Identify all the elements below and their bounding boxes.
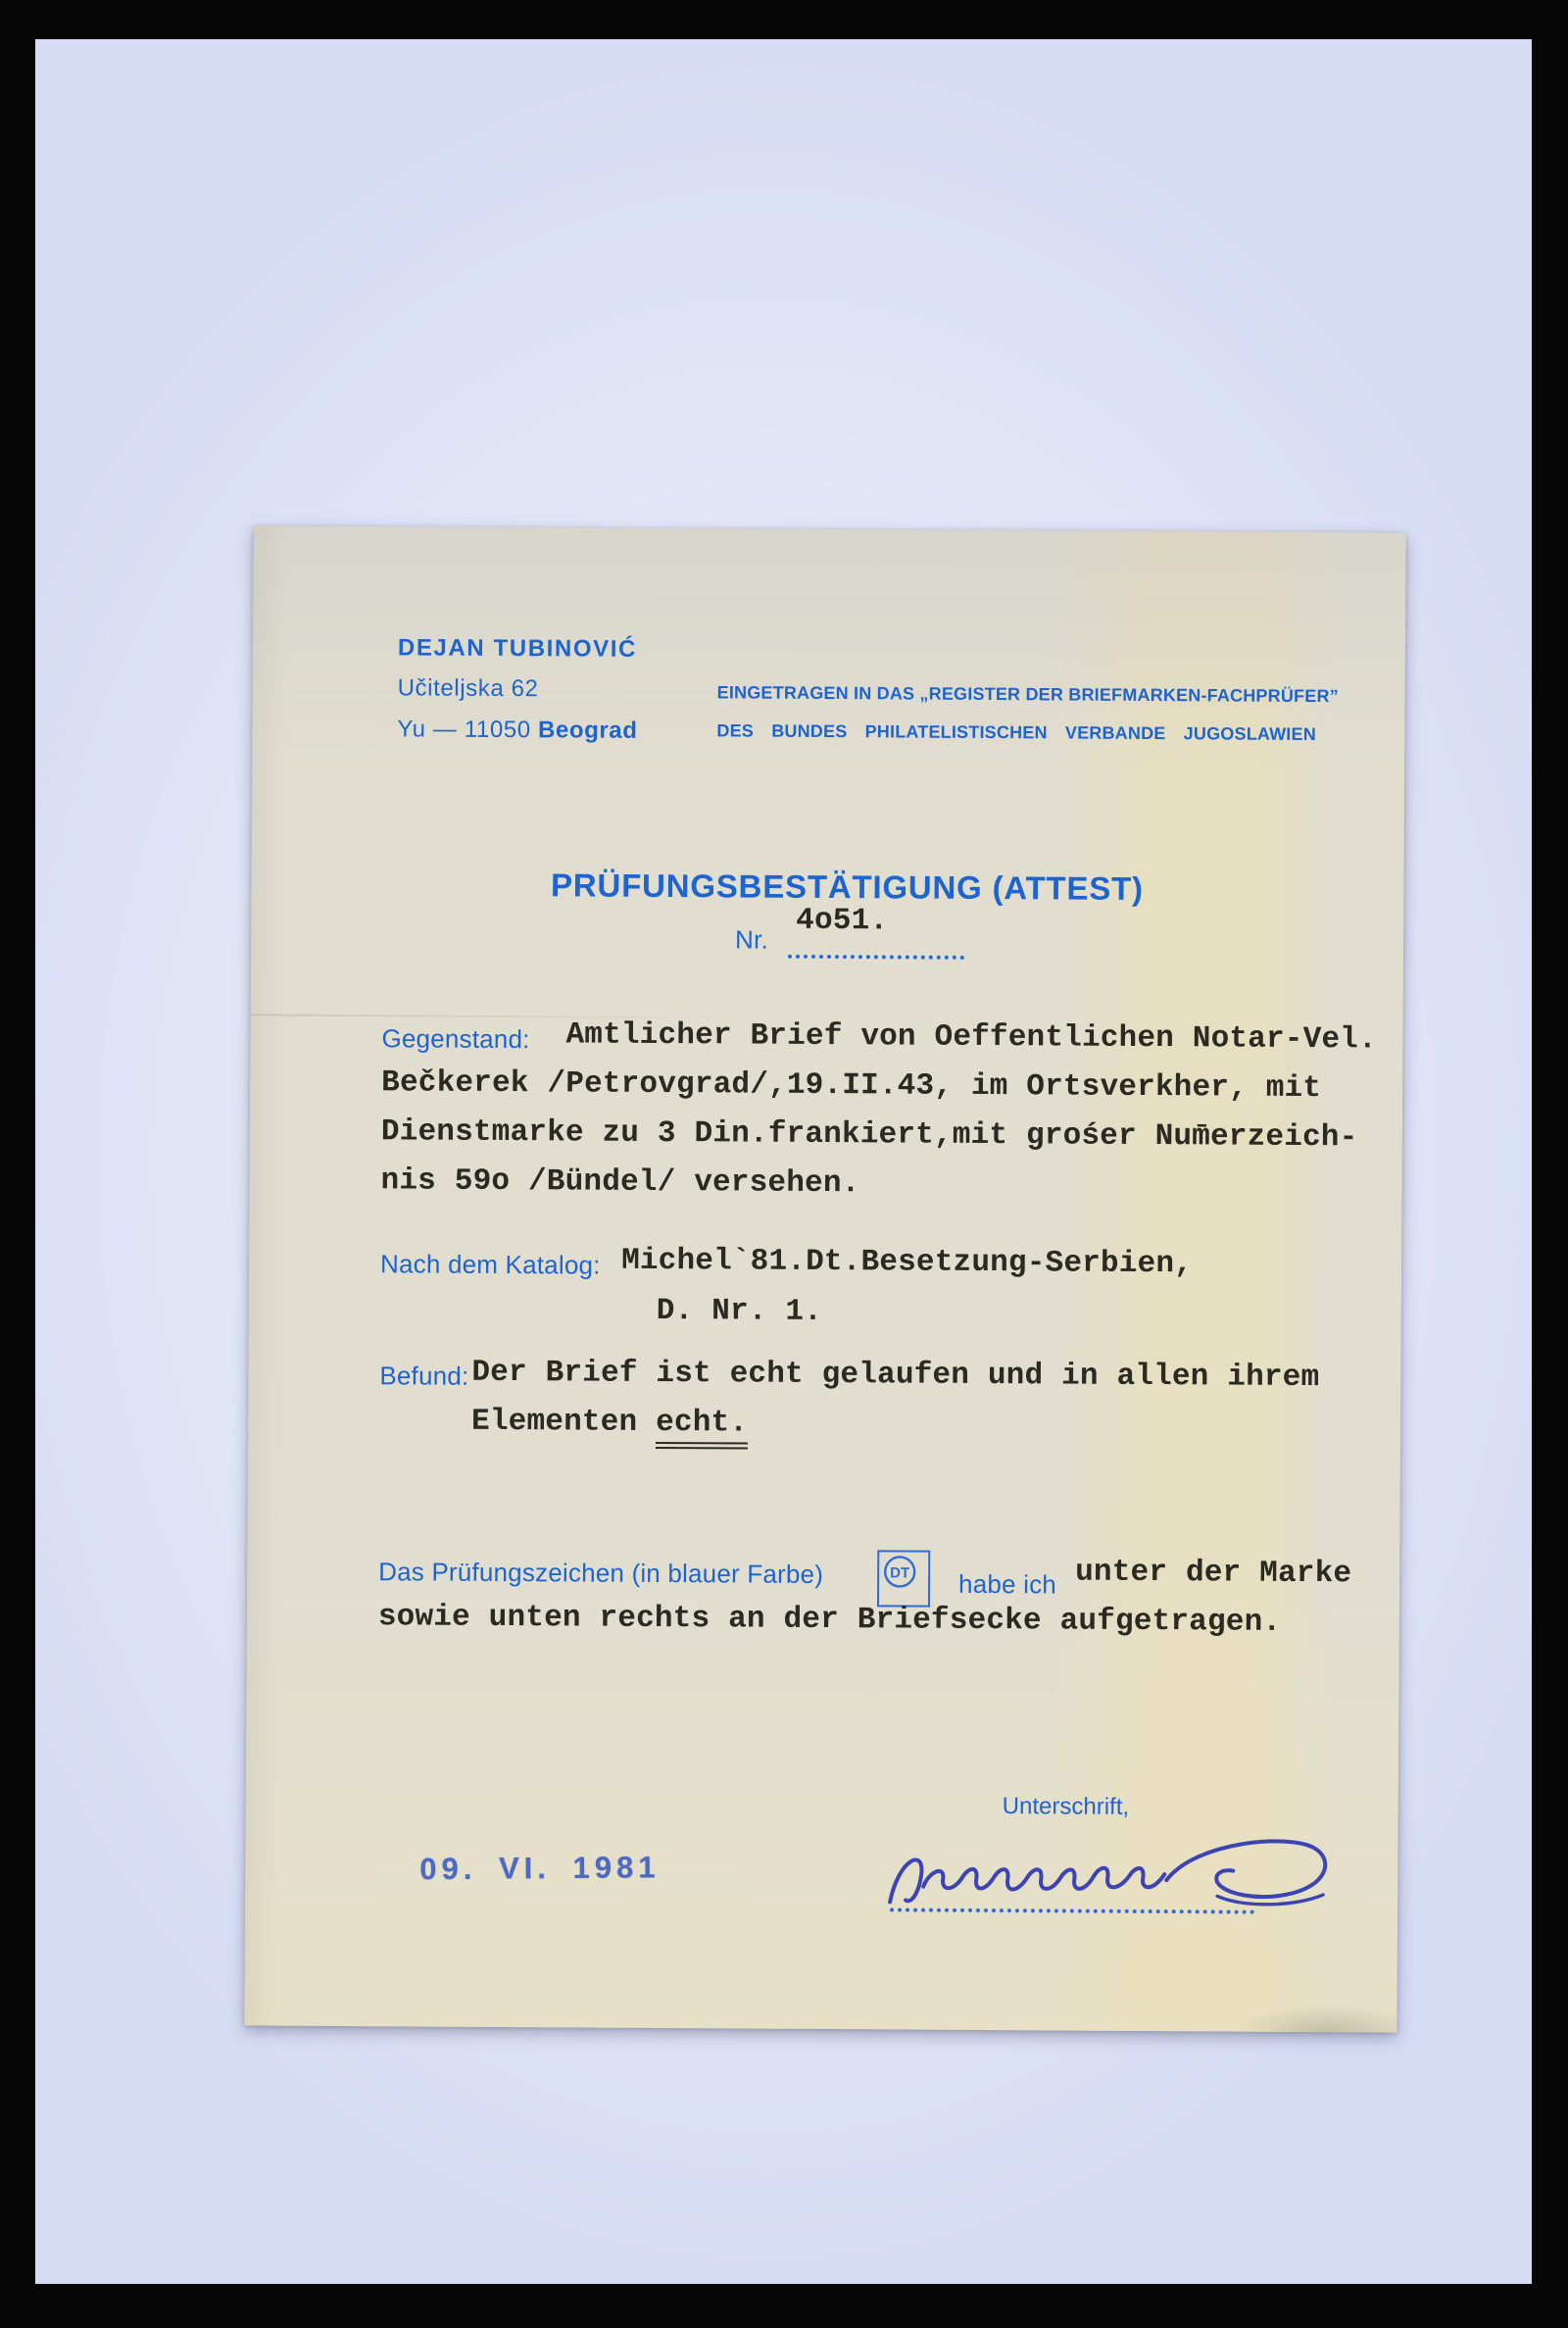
expert-city-prefix: Yu — 11050 xyxy=(397,716,538,743)
expert-street: Učiteljska 62 xyxy=(398,674,539,703)
pruefzeichen-label: Das Prüfungszeichen (in blauer Farbe) xyxy=(378,1557,823,1590)
expert-city-line: Yu — 11050 Beograd xyxy=(397,716,637,744)
expert-city: Beograd xyxy=(538,717,638,744)
befund-line-1: Der Brief ist echt gelaufen und in allen… xyxy=(471,1356,1319,1395)
gegenstand-label: Gegenstand: xyxy=(381,1023,529,1055)
gegenstand-line-2: Bečkerek /Petrovgrad/,19.II.43, im Ortsv… xyxy=(381,1065,1321,1106)
katalog-line-1: Michel`81.Dt.Besetzung-Serbien, xyxy=(621,1244,1193,1282)
gegenstand-line-4: nis 59o /Bündel/ versehen. xyxy=(380,1164,859,1201)
registry-line-1: EINGETRAGEN IN DAS „REGISTER DER BRIEFMA… xyxy=(717,682,1339,707)
nr-label: Nr. xyxy=(735,924,768,955)
scanner-background: DEJAN TUBINOVIĆ Učiteljska 62 Yu — 11050… xyxy=(35,39,1532,2284)
pruefzeichen-typed-line-2: sowie unten rechts an der Briefsecke auf… xyxy=(378,1600,1282,1640)
date-stamp: 09. VI. 1981 xyxy=(419,1850,660,1887)
katalog-label: Nach dem Katalog: xyxy=(380,1249,601,1280)
attest-title: PRÜFUNGSBESTÄTIGUNG (ATTEST) xyxy=(551,867,1144,908)
nr-dotted-line xyxy=(788,949,964,960)
signature-ink xyxy=(872,1821,1353,1937)
befund-line-2-prefix: Elementen xyxy=(471,1405,656,1440)
expert-name: DEJAN TUBINOVIĆ xyxy=(398,634,637,663)
katalog-line-2: D. Nr. 1. xyxy=(657,1294,822,1329)
befund-label: Befund: xyxy=(379,1361,468,1392)
gegenstand-line-1: Amtlicher Brief von Oeffentlichen Notar-… xyxy=(565,1017,1377,1057)
befund-echt-underlined: echt. xyxy=(656,1406,748,1450)
unterschrift-label: Unterschrift, xyxy=(1003,1793,1130,1821)
gegenstand-line-3: Dienstmarke zu 3 Din.frankiert,mit grośe… xyxy=(381,1114,1358,1155)
pruefzeichen-habe-ich: habe ich xyxy=(958,1569,1056,1601)
registry-line-2: DES BUNDES PHILATELISTISCHEN VERBANDE JU… xyxy=(716,720,1316,745)
befund-line-2: Elementen echt. xyxy=(471,1405,748,1441)
nr-value: 4o51. xyxy=(796,904,888,939)
pruefzeichen-typed-inline: unter der Marke xyxy=(1075,1556,1351,1592)
scan-frame: DEJAN TUBINOVIĆ Učiteljska 62 Yu — 11050… xyxy=(0,0,1568,2328)
expert-mark-monogram: DT xyxy=(890,1564,909,1581)
certificate-paper: DEJAN TUBINOVIĆ Učiteljska 62 Yu — 11050… xyxy=(244,525,1405,2032)
